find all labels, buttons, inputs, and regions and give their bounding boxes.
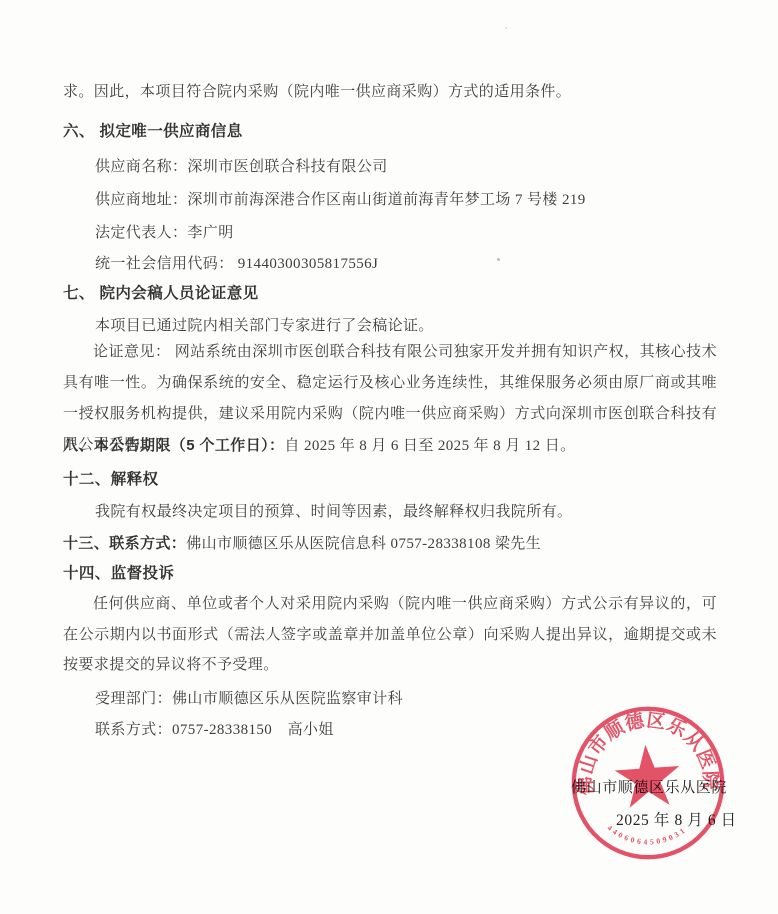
complaint-paragraph: 任何供应商、单位或者个人对采用院内采购（院内唯一供应商采购）方式公示有异议的，可… <box>63 589 717 681</box>
credit-code-line: 统一社会信用代码： 91440300305817556J <box>95 252 378 273</box>
scanned-document-page: 求。因此，本项目符合院内采购（院内唯一供应商采购）方式的适用条件。 六、 拟定唯… <box>0 0 778 914</box>
seal-serial-number: 4406064509031 <box>605 818 689 850</box>
section13-value: 佛山市顺德区乐从医院信息科 0757-28338108 梁先生 <box>186 536 541 552</box>
intro-line: 求。因此，本项目符合院内采购（院内唯一供应商采购）方式的适用条件。 <box>63 80 571 101</box>
scan-speck <box>497 258 500 261</box>
section8-value: 自 2025 年 8 月 6 日至 2025 年 8 月 12 日。 <box>284 438 575 454</box>
official-seal-stamp: 佛山市顺德区乐从医院 4406064509031 <box>562 697 735 870</box>
supplier-name-line: 供应商名称：深圳市医创联合科技有限公司 <box>95 155 388 176</box>
legal-representative-line: 法定代表人：李广明 <box>95 221 234 242</box>
section8-label: 八、本公告期限（5 个工作日）： <box>63 437 284 454</box>
section7-heading: 七、 院内会稿人员论证意见 <box>63 281 259 303</box>
section12-body: 我院有权最终决定项目的预算、时间等因素，最终解释权归我院所有。 <box>95 500 572 521</box>
section6-heading: 六、 拟定唯一供应商信息 <box>63 119 243 141</box>
review-passed-line: 本项目已通过院内相关部门专家进行了会稿论证。 <box>95 314 434 335</box>
section12-heading: 十二、解释权 <box>63 467 158 489</box>
section8-line: 八、本公告期限（5 个工作日）：自 2025 年 8 月 6 日至 2025 年… <box>63 434 576 455</box>
accepting-department-line: 受理部门：佛山市顺德区乐从医院监察审计科 <box>95 687 403 708</box>
scan-speck <box>200 351 202 353</box>
supplier-address-line: 供应商地址：深圳市前海深港合作区南山街道前海青年梦工场 7 号楼 219 <box>95 188 586 209</box>
section14-heading: 十四、监督投诉 <box>63 561 174 583</box>
scan-speck <box>505 27 507 29</box>
seal-star-icon <box>613 742 682 808</box>
complaint-contact-line: 联系方式：0757-28338150 高小姐 <box>95 718 334 739</box>
section13-line: 十三、联系方式：佛山市顺德区乐从医院信息科 0757-28338108 梁先生 <box>63 532 541 553</box>
section13-label: 十三、联系方式： <box>63 535 186 552</box>
